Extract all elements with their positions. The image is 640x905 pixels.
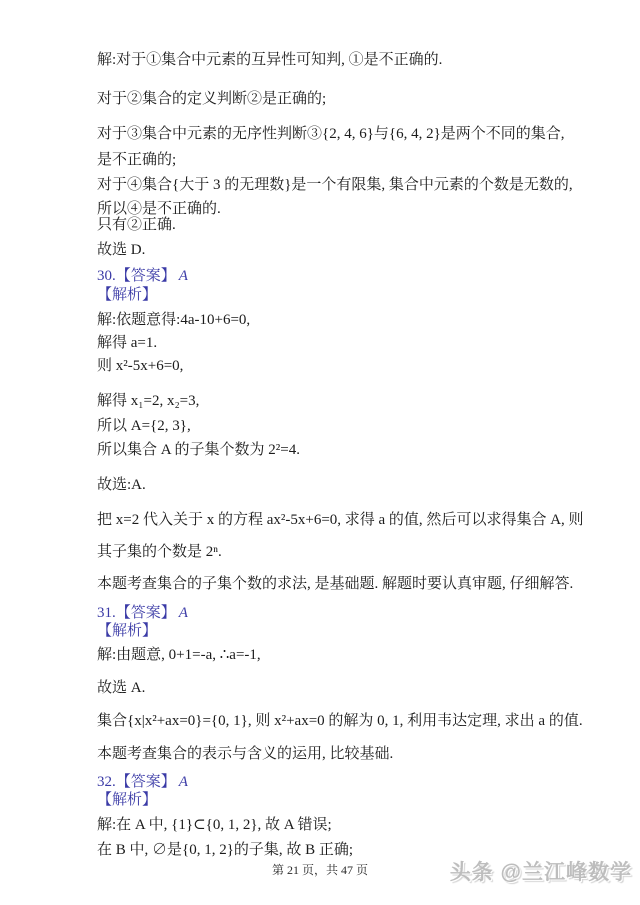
- text-line: 本题考查集合的表示与含义的运用, 比较基础.: [97, 746, 626, 762]
- text-line: 解:对于①集合中元素的互异性可知判, ①是不正确的.: [97, 52, 626, 68]
- text-line: 故选 A.: [97, 680, 626, 696]
- text-line: 所以④是不正确的.: [97, 201, 626, 217]
- text-line: 解:依题意得:4a-10+6=0,: [97, 312, 626, 328]
- text-line: 对于③集合中元素的无序性判断③{2, 4, 6}与{6, 4, 2}是两个不同的…: [97, 126, 626, 142]
- watermark: 头条 @兰江峰数学: [450, 856, 632, 886]
- document-content: 解:对于①集合中元素的互异性可知判, ①是不正确的. 对于②集合的定义判断②是正…: [0, 0, 640, 858]
- text-line: 故选 D.: [97, 242, 626, 258]
- text-line: 把 x=2 代入关于 x 的方程 ax²-5x+6=0, 求得 a 的值, 然后…: [97, 512, 626, 528]
- text-line: 所以集合 A 的子集个数为 2²=4.: [97, 442, 626, 458]
- text-line: 解:在 A 中, {1}⊂{0, 1, 2}, 故 A 错误;: [97, 817, 626, 833]
- text-line: 解得 x₁=2, x₂=3,: [97, 393, 626, 409]
- text-line: 集合{x|x²+ax=0}={0, 1}, 则 x²+ax=0 的解为 0, 1…: [97, 713, 626, 729]
- text-line: 是不正确的;: [97, 152, 626, 168]
- text-line: 故选:A.: [97, 477, 626, 493]
- text-line: 则 x²-5x+6=0,: [97, 358, 626, 374]
- answer-heading-q30: 30.【答案】A: [97, 268, 626, 284]
- text-line: 所以 A={2, 3},: [97, 418, 626, 434]
- text-line: 只有②正确.: [97, 217, 626, 233]
- analysis-label-q32: 【解析】: [97, 792, 626, 808]
- text-line: 对于②集合的定义判断②是正确的;: [97, 91, 626, 107]
- analysis-label-q30: 【解析】: [97, 287, 626, 303]
- answer-label: 30.【答案】: [97, 268, 176, 284]
- text-line: 对于④集合{大于 3 的无理数}是一个有限集, 集合中元素的个数是无数的,: [97, 177, 626, 193]
- text-line: 解:由题意, 0+1=-a, ∴a=-1,: [97, 647, 626, 663]
- answer-label: 32.【答案】: [97, 774, 176, 790]
- answer-letter: A: [179, 774, 188, 790]
- text-line: 解得 a=1.: [97, 335, 626, 351]
- answer-heading-q31: 31.【答案】A: [97, 605, 626, 621]
- text-line: 其子集的个数是 2ⁿ.: [97, 544, 626, 560]
- analysis-label-q31: 【解析】: [97, 623, 626, 639]
- answer-letter: A: [179, 605, 188, 621]
- answer-label: 31.【答案】: [97, 605, 176, 621]
- text-line: 本题考查集合的子集个数的求法, 是基础题. 解题时要认真审题, 仔细解答.: [97, 576, 626, 592]
- answer-heading-q32: 32.【答案】A: [97, 774, 626, 790]
- document-page: 解:对于①集合中元素的互异性可知判, ①是不正确的. 对于②集合的定义判断②是正…: [0, 0, 640, 905]
- answer-letter: A: [179, 268, 188, 284]
